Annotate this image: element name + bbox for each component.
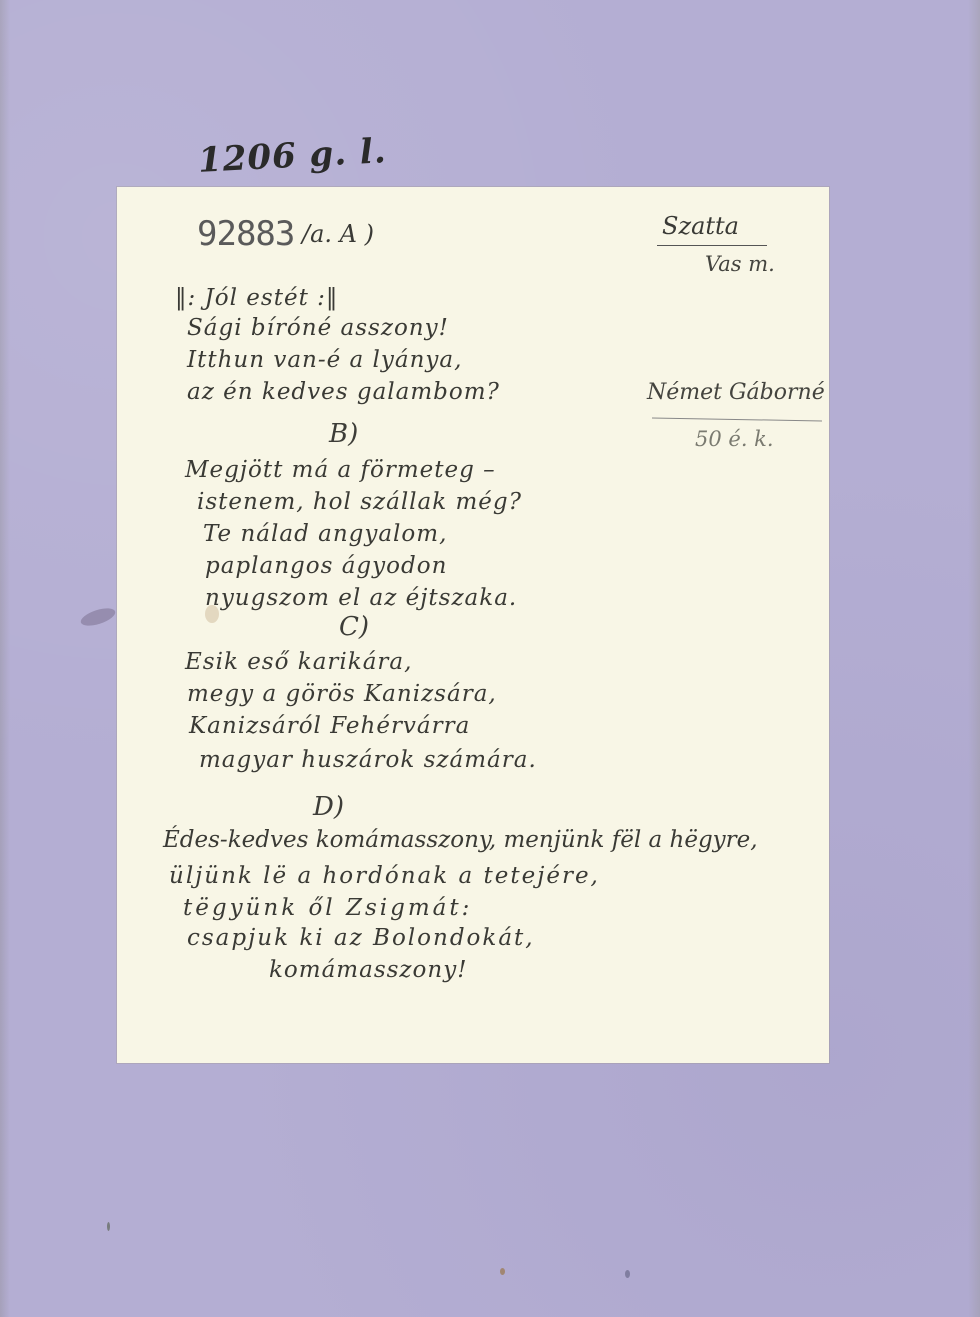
stain-mark — [500, 1268, 505, 1275]
stain-mark — [107, 1222, 110, 1231]
verse-line: komámasszony! — [269, 957, 467, 983]
verse-line: megy a görös Kanizsára, — [187, 681, 497, 707]
verse-line: ‖: Jól estét :‖ — [175, 285, 338, 311]
informant-underline — [652, 418, 822, 422]
verse-line: paplangos ágyodon — [205, 553, 447, 579]
verse-line: Esik eső karikára, — [185, 649, 412, 675]
verse-line: Itthun van-é a lyánya, — [187, 347, 462, 373]
mount-catalog-label: 1206 g. l. — [197, 131, 388, 181]
county: Vas m. — [705, 252, 775, 276]
verse-line: tëgyünk ől Zsigmát: — [183, 895, 472, 921]
verse-line: Édes-kedves komámasszony, menjünk fël a … — [163, 827, 758, 853]
archive-stamp-number: 92883 — [197, 214, 294, 254]
verse-line: üljünk lë a hordónak a tetejére, — [169, 863, 600, 889]
verse-line: Sági bíróné asszony! — [187, 315, 449, 341]
verse-line: Megjött má a förmeteg – — [185, 457, 496, 483]
verse-line: Kanizsáról Fehérvárra — [189, 713, 470, 739]
place-underline — [657, 245, 767, 246]
mount-board: 1206 g. l. 92883 /a. A ) Szatta Vas m. N… — [0, 0, 980, 1317]
stamp-suffix: /a. A ) — [302, 220, 374, 248]
verse-line: Te nálad angyalom, — [203, 521, 447, 547]
verse-line: istenem, hol szállak még? — [197, 489, 522, 515]
manuscript-card: 92883 /a. A ) Szatta Vas m. Német Gáborn… — [117, 187, 829, 1063]
informant-age: 50 é. k. — [695, 427, 774, 451]
stain-mark — [625, 1270, 630, 1278]
section-label: C) — [339, 612, 369, 642]
verse-line: az én kedves galambom? — [187, 379, 500, 405]
verse-line: nyugszom el az éjtszaka. — [205, 585, 517, 611]
informant-name: Német Gáborné — [647, 380, 825, 405]
section-label: B) — [329, 419, 358, 449]
verse-line: csapjuk ki az Bolondokát, — [187, 925, 535, 951]
verse-line: magyar huszárok számára. — [199, 747, 537, 773]
collection-place: Szatta — [662, 212, 739, 240]
stain-mark — [79, 605, 118, 629]
section-label: D) — [313, 792, 344, 822]
